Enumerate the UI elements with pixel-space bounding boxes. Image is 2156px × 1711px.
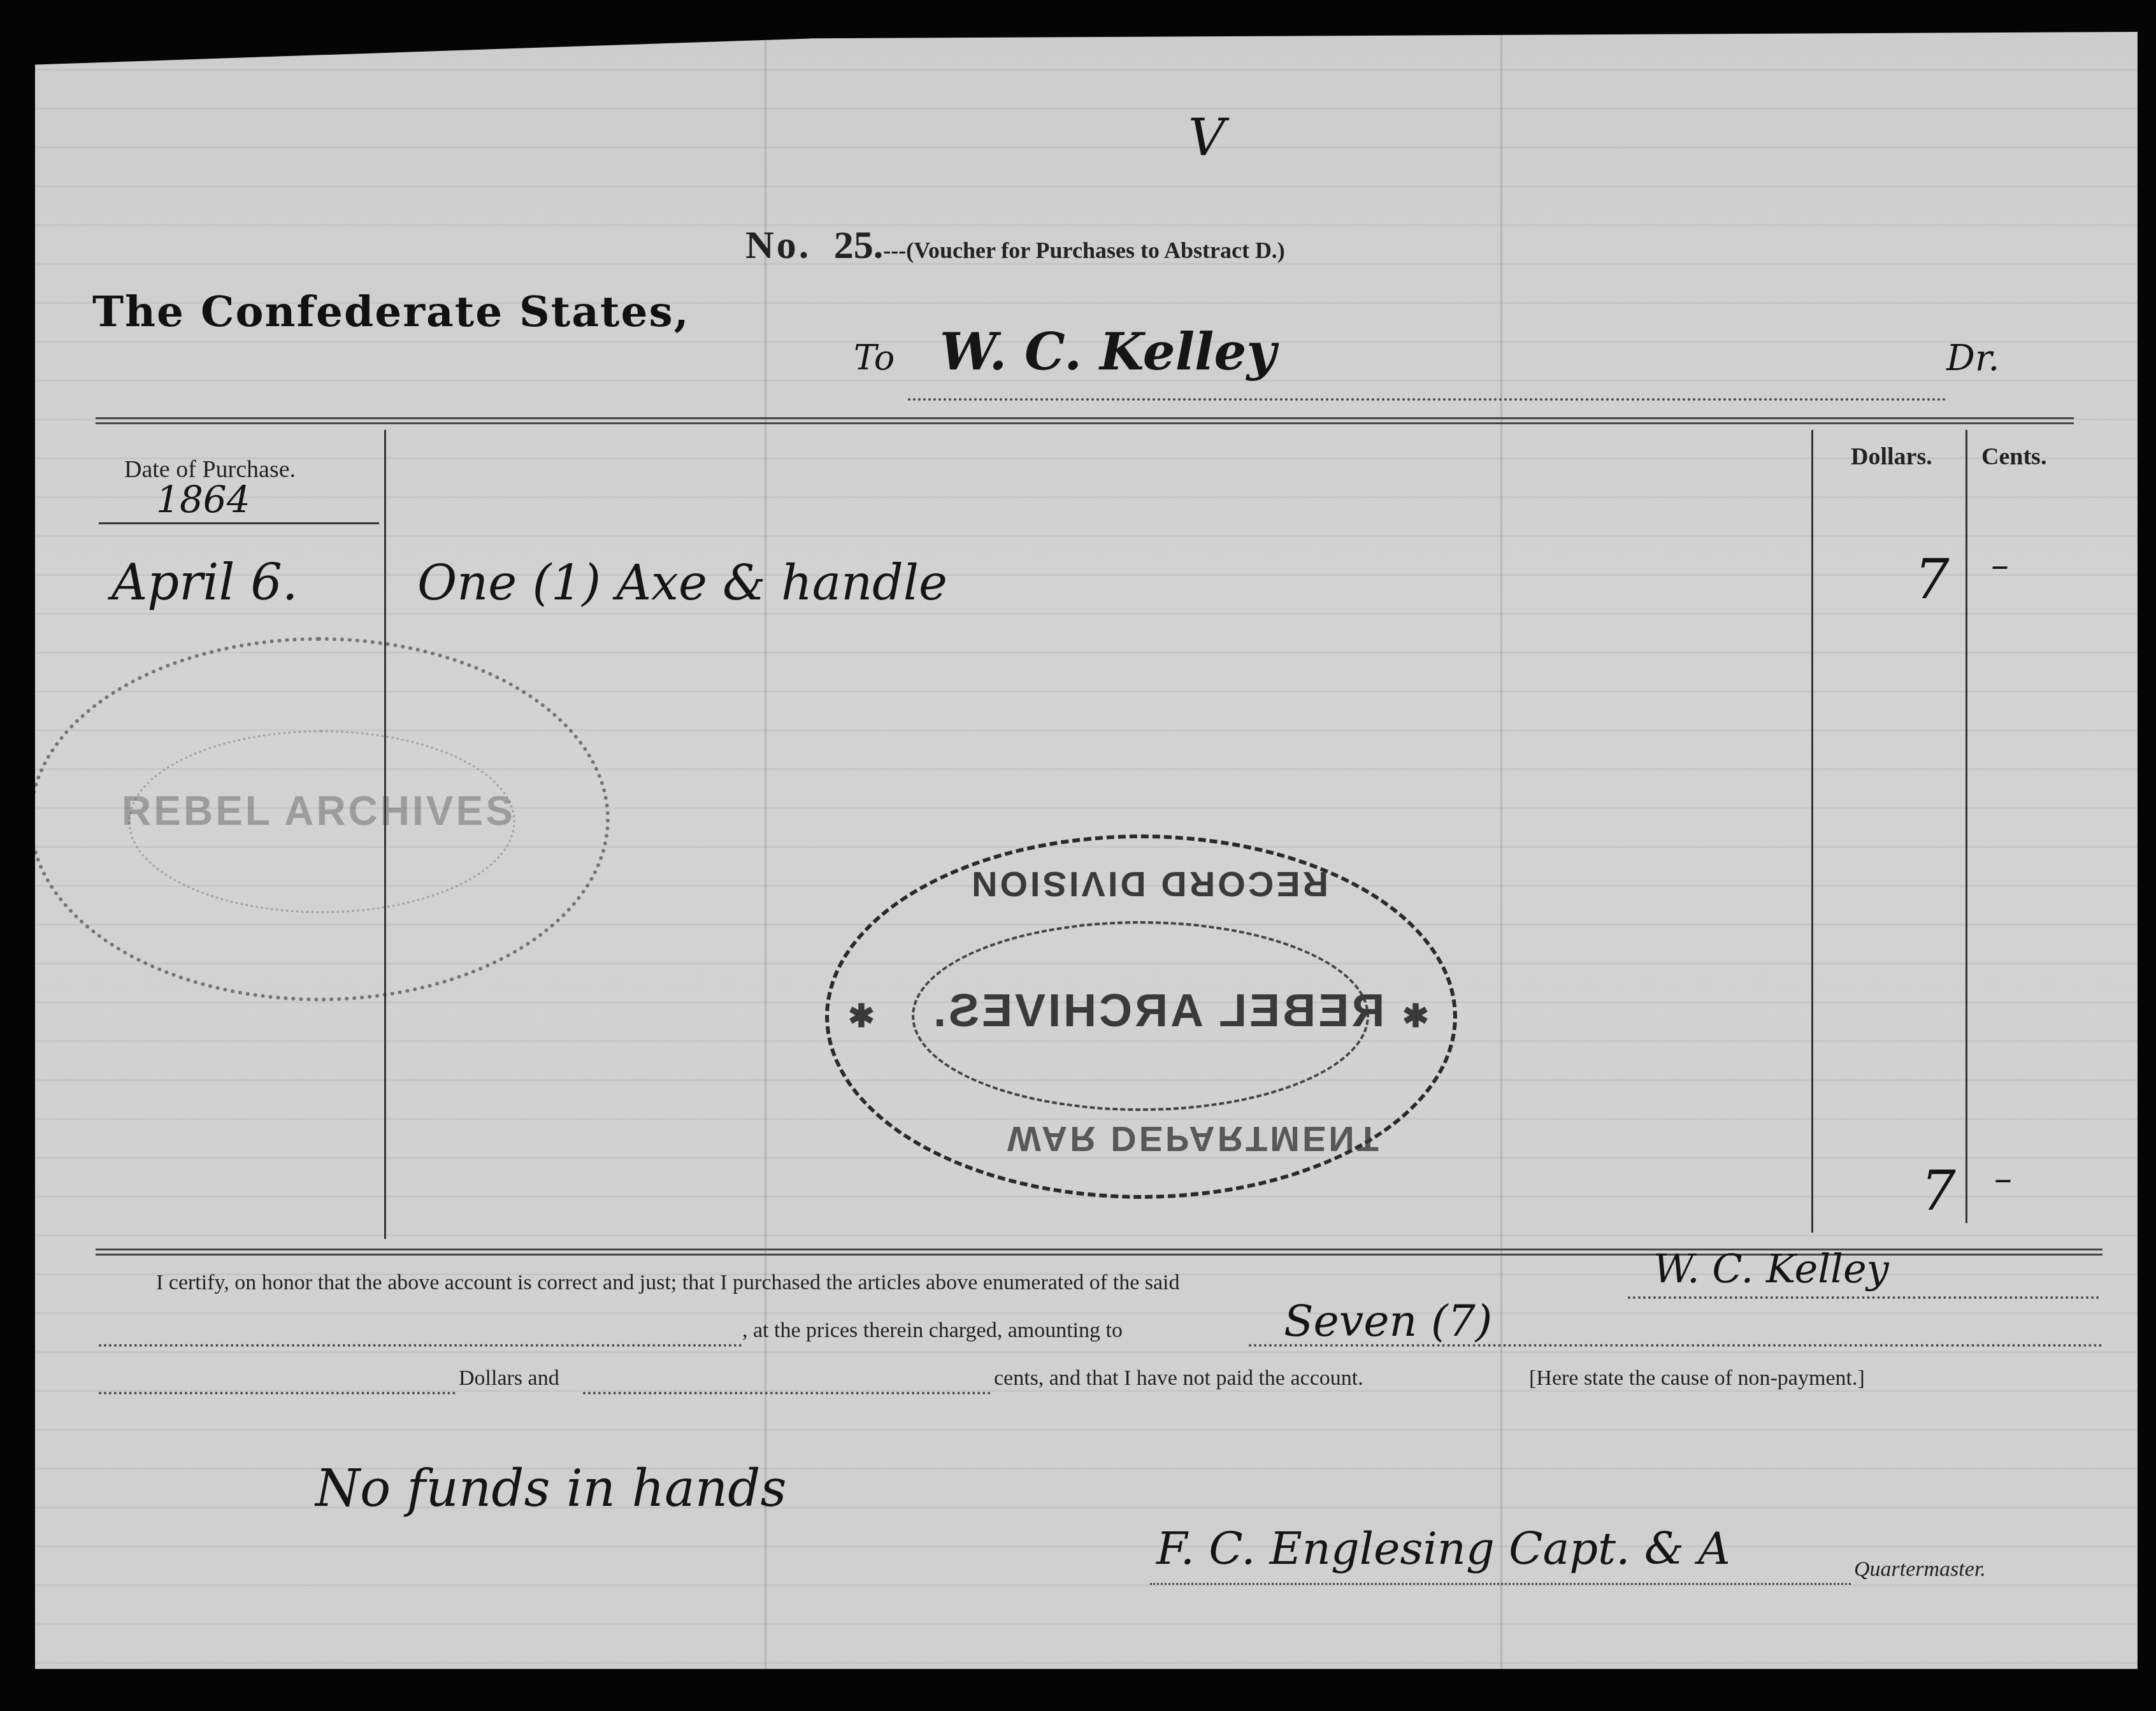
dollars-line: [99, 1392, 456, 1394]
certification-text: I certify, on honor that the above accou…: [156, 1271, 1180, 1294]
star-icon: ✱: [848, 998, 877, 1034]
total-cents: –: [1994, 1158, 2012, 1199]
cents-line: [583, 1392, 991, 1394]
star-icon: ✱: [1402, 998, 1432, 1034]
vendor-name-line: [1628, 1296, 2099, 1299]
row-date: April 6.: [111, 554, 298, 612]
amount-written: Seven (7): [1284, 1296, 1492, 1347]
to-label: To: [854, 338, 895, 378]
nonpayment-instruction: [Here state the cause of non-payment.]: [1529, 1366, 1865, 1391]
vendor-name: W. C. Kelley: [1653, 1245, 1889, 1292]
stamp-middle-text: REBEL ARCHIVES.: [931, 985, 1384, 1037]
dollars-and-label: Dollars and: [459, 1366, 559, 1391]
table-top-rule: [96, 417, 2074, 424]
certification-line-2: , at the prices therein charged, amounti…: [742, 1319, 1123, 1343]
faded-stamp-text: REBEL ARCHIVES: [122, 787, 515, 834]
payee-name: W. C. Kelley: [940, 322, 1276, 382]
year-underline: [99, 522, 379, 524]
fold-line: [765, 32, 766, 1669]
cents-column-divider: [1966, 430, 1967, 1223]
stamp-top-text: RECORD DIVISION: [969, 864, 1328, 905]
total-dollars: 7: [1921, 1159, 1956, 1223]
faded-archives-stamp: REBEL ARCHIVES: [29, 637, 610, 1001]
signature-line: [1150, 1583, 1851, 1585]
voucher-subtitle: ---(Voucher for Purchases to Abstract D.…: [883, 238, 1285, 263]
row-dollars: 7: [1915, 548, 1950, 612]
row-cents: –: [1991, 545, 2009, 586]
voucher-number: 25.: [834, 224, 884, 267]
payee-line: [908, 398, 1946, 401]
amount-column-divider: [1811, 430, 1813, 1233]
rebel-archives-stamp: RECORD DIVISION REBEL ARCHIVES. WAR DEPA…: [825, 834, 1457, 1199]
quartermaster-signature: F. C. Englesing Capt. & A: [1156, 1522, 1730, 1575]
quartermaster-title: Quartermaster.: [1854, 1557, 1986, 1582]
dollars-header: Dollars.: [1851, 443, 1932, 471]
check-mark: V: [1188, 108, 1225, 168]
document-heading: The Confederate States,: [92, 287, 690, 336]
dr-label: Dr.: [1946, 338, 1999, 379]
fold-line: [1500, 32, 1502, 1669]
stamp-bottom-text: WAR DEPARTMENT: [1007, 1119, 1381, 1160]
certification-line-1: I certify, on honor that the above accou…: [156, 1271, 1180, 1295]
cents-header: Cents.: [1981, 443, 2046, 471]
voucher-number-line: No. 25.---(Voucher for Purchases to Abst…: [745, 223, 1285, 268]
voucher-document: V No. 25.---(Voucher for Purchases to Ab…: [35, 32, 2138, 1669]
row-description: One (1) Axe & handle: [417, 554, 947, 611]
blank-line: [99, 1344, 742, 1347]
purchase-year: 1864: [156, 478, 250, 521]
cause-of-nonpayment: No funds in hands: [315, 1459, 787, 1518]
cents-not-paid-text: cents, and that I have not paid the acco…: [994, 1366, 1363, 1391]
number-label: No.: [745, 224, 811, 267]
